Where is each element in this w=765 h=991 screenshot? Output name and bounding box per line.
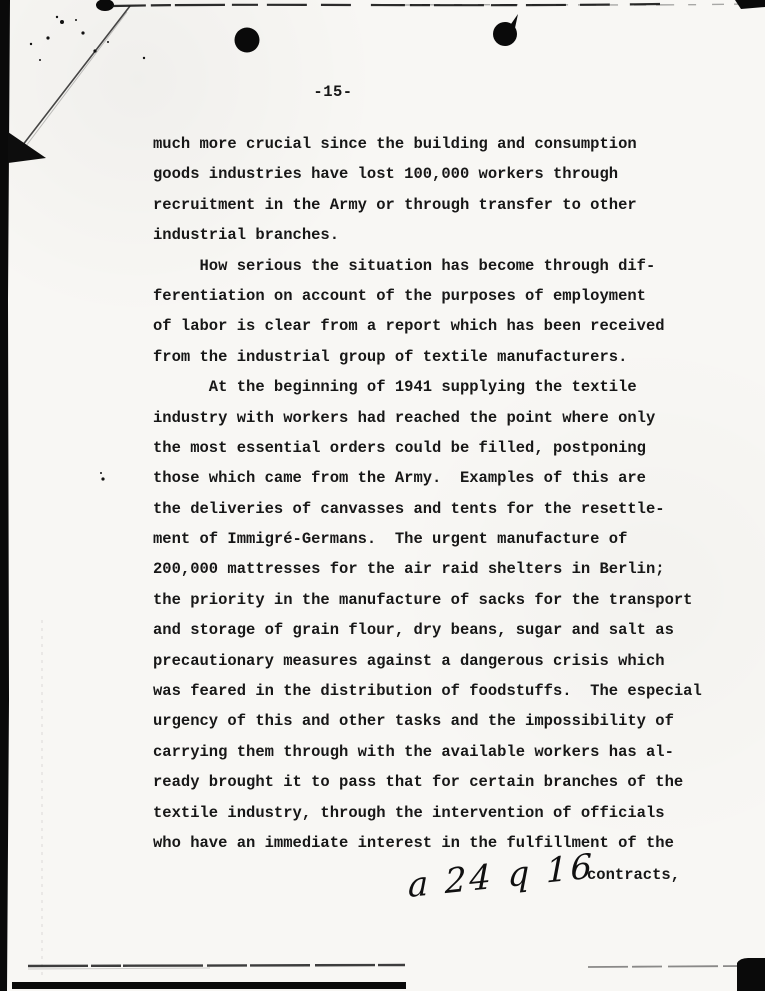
typewritten-line: carrying them through with the available… — [153, 737, 733, 767]
scanner-edge-left-bar — [0, 0, 10, 991]
top-edge-ink-blob — [96, 0, 114, 11]
ink-specks — [30, 16, 145, 481]
typewritten-line: industrial branches. — [153, 220, 733, 250]
typewritten-line: How serious the situation has become thr… — [153, 251, 733, 281]
typewritten-line: and storage of grain flour, dry beans, s… — [153, 615, 733, 645]
scanner-corner-mark-bottom-right — [737, 958, 765, 991]
corner-scratch-flag — [8, 132, 46, 163]
scanner-corner-mark-top-right — [735, 0, 765, 9]
typewritten-line: ready brought it to pass that for certai… — [153, 767, 733, 797]
typewritten-line: precautionary measures against a dangero… — [153, 646, 733, 676]
typewritten-line: from the industrial group of textile man… — [153, 342, 733, 372]
typewritten-line: ferentiation on account of the purposes … — [153, 281, 733, 311]
typewritten-line: who have an immediate interest in the fu… — [153, 828, 733, 858]
scanned-document-page: -15- much more crucial since the buildin… — [0, 0, 765, 991]
typewritten-line: textile industry, through the interventi… — [153, 798, 733, 828]
top-edge-scratch-line — [112, 4, 660, 6]
typewritten-line: At the beginning of 1941 supplying the t… — [153, 372, 733, 402]
hole-punch-mark-right — [493, 14, 518, 46]
typewritten-line: recruitment in the Army or through trans… — [153, 190, 733, 220]
typewritten-line: the priority in the manufacture of sacks… — [153, 585, 733, 615]
typewritten-line: those which came from the Army. Examples… — [153, 463, 733, 493]
bottom-scratch-line-left-faint — [28, 968, 210, 969]
typewritten-body: much more crucial since the building and… — [153, 129, 733, 858]
diagonal-scratch-mark — [22, 6, 130, 146]
hole-punch-mark-left — [235, 28, 260, 53]
typewritten-line: 200,000 mattresses for the air raid shel… — [153, 554, 733, 584]
diagonal-scratch-mark-faint — [26, 12, 127, 146]
typewritten-line: of labor is clear from a report which ha… — [153, 311, 733, 341]
typewritten-line: goods industries have lost 100,000 worke… — [153, 159, 733, 189]
typewritten-line: industry with workers had reached the po… — [153, 403, 733, 433]
page-number: -15- — [283, 83, 383, 101]
scanner-edge-bottom-bar — [12, 982, 406, 989]
typewritten-line: the deliveries of canvasses and tents fo… — [153, 494, 733, 524]
bottom-scratch-line-right — [588, 966, 745, 967]
bottom-scratch-line-left — [28, 965, 405, 966]
typewritten-line: ment of Immigré-Germans. The urgent manu… — [153, 524, 733, 554]
typewritten-line: the most essential orders could be fille… — [153, 433, 733, 463]
catchword-contracts: contracts, — [587, 866, 680, 884]
typewritten-line: urgency of this and other tasks and the … — [153, 706, 733, 736]
top-edge-scratch-line-faint — [400, 4, 742, 5]
typewritten-line: much more crucial since the building and… — [153, 129, 733, 159]
typewritten-line: was feared in the distribution of foodst… — [153, 676, 733, 706]
